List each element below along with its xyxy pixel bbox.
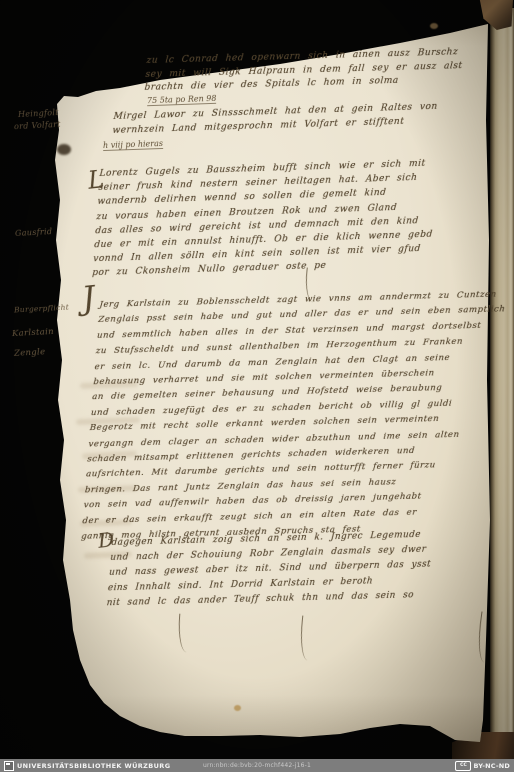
license-name: BY-NC-ND [473, 762, 510, 770]
creative-commons-icon: CC [455, 761, 471, 771]
urn-identifier: urn:nbn:de:bvb:20-mchf442-j16-1 [203, 762, 311, 769]
decorated-initial: L [87, 167, 105, 193]
decorated-initial: D [97, 529, 115, 551]
library-name: UNIVERSITÄTSBIBLIOTHEK WÜRZBURG [17, 762, 170, 770]
manuscript-paragraph: Jerg Karlstain zu Boblensscheldt zagt wi… [81, 287, 507, 545]
library-logo-icon [4, 761, 14, 771]
manuscript-paragraph: dagegen Karlstain zoig sich an sein k. J… [106, 528, 434, 612]
parchment-spot [234, 705, 241, 711]
margin-annotation: ord Volfart [14, 120, 61, 131]
viewer-footer-bar: UNIVERSITÄTSBIBLIOTHEK WÜRZBURG urn:nbn:… [0, 759, 514, 772]
parchment-hole-stain [57, 144, 71, 155]
digitized-manuscript-photo: zu lc Conrad hed openwarn sich in ainen … [0, 0, 514, 772]
fee-note: h viij po hieras [103, 139, 163, 151]
license-badge: CC BY-NC-ND [455, 761, 510, 771]
parchment-spot [430, 23, 438, 29]
margin-annotation: Zengle [14, 347, 46, 359]
manuscript-paragraph: Lorentz Gugels zu Bausszheim bufft sinch… [92, 156, 439, 281]
margin-annotation: Heingfolt [18, 108, 59, 119]
library-branding: UNIVERSITÄTSBIBLIOTHEK WÜRZBURG [4, 761, 170, 771]
margin-annotation: Gausfrid [15, 227, 53, 238]
margin-annotation: Karlstain [12, 327, 54, 339]
